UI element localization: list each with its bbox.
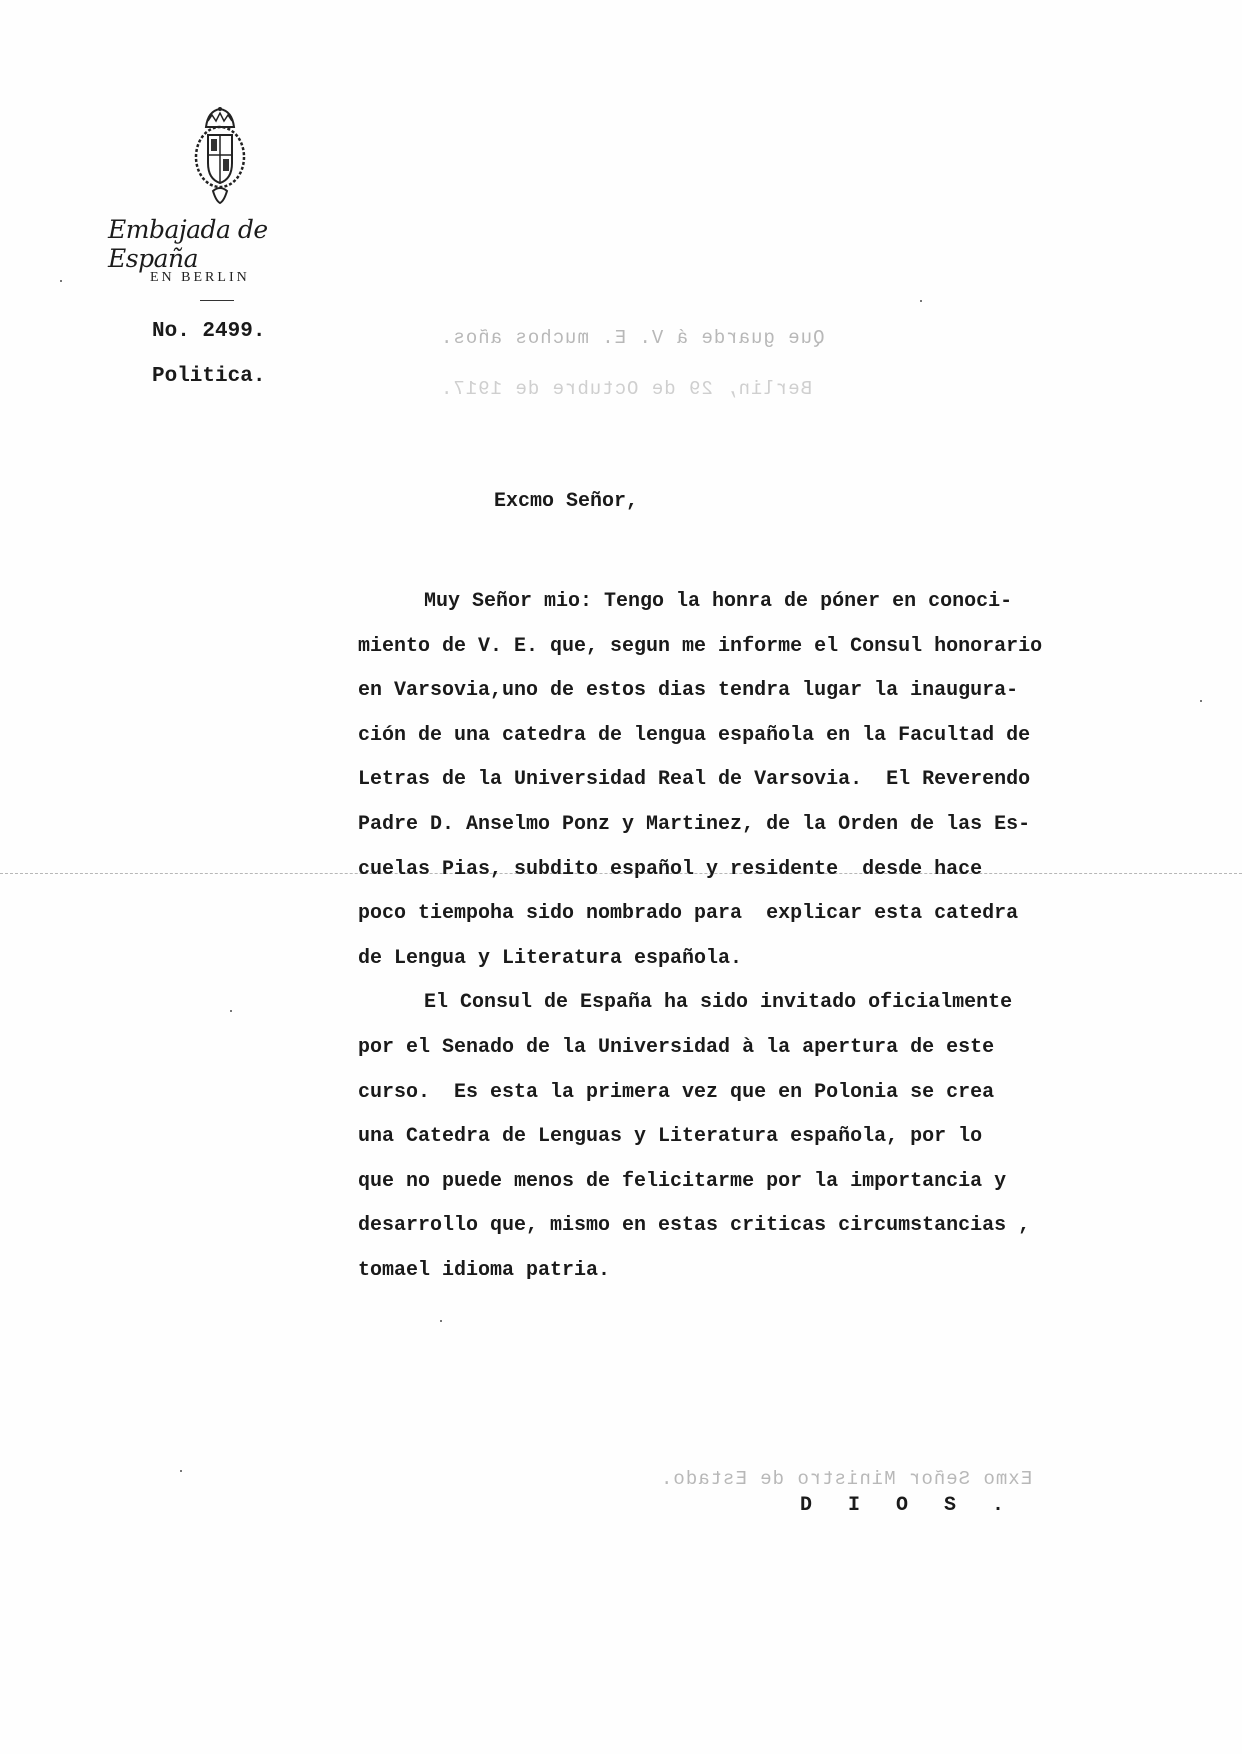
paragraph-2: El Consul de España ha sido invitado ofi…	[358, 981, 1138, 1293]
text-line: ción de una catedra de lengua española e…	[358, 714, 1138, 759]
letter-body: Muy Señor mio: Tengo la honra de póner e…	[358, 580, 1138, 1294]
speck	[440, 1320, 442, 1322]
text-line: desarrollo que, mismo en estas criticas …	[358, 1204, 1138, 1249]
embassy-name: Embajada de España	[108, 215, 338, 273]
document-number: No. 2499.	[152, 320, 265, 343]
speck	[180, 1470, 182, 1472]
text-line: de Lengua y Literatura española.	[358, 937, 1138, 982]
document-category: Politica.	[152, 365, 265, 388]
text-line: cuelas Pias, subdito español y residente…	[358, 848, 1138, 893]
letterhead-divider	[200, 300, 234, 301]
bleed-through-text: Berlin, 29 de Octubre de 1917.	[440, 378, 812, 400]
text-line: Muy Señor mio: Tengo la honra de póner e…	[358, 580, 1138, 625]
letter-page: Embajada de España EN BERLIN No. 2499. P…	[0, 0, 1242, 1754]
text-line: curso. Es esta la primera vez que en Pol…	[358, 1071, 1138, 1116]
coat-of-arms-icon	[190, 105, 250, 215]
speck	[230, 1010, 232, 1012]
speck	[920, 300, 922, 302]
speck	[60, 280, 62, 282]
salutation: Excmo Señor,	[494, 490, 638, 513]
paragraph-1: Muy Señor mio: Tengo la honra de póner e…	[358, 580, 1138, 981]
text-line: Letras de la Universidad Real de Varsovi…	[358, 758, 1138, 803]
text-line: en Varsovia,uno de estos dias tendra lug…	[358, 669, 1138, 714]
bleed-through-text: Exmo Señor Ministro de Estado.	[660, 1468, 1032, 1490]
text-line: poco tiempoha sido nombrado para explica…	[358, 892, 1138, 937]
bleed-through-text: Que guarde á V. E. muchos años.	[440, 327, 824, 349]
text-line: miento de V. E. que, segun me informe el…	[358, 625, 1138, 670]
text-line: una Catedra de Lenguas y Literatura espa…	[358, 1115, 1138, 1160]
embassy-location: EN BERLIN	[150, 270, 250, 286]
speck	[1200, 700, 1202, 702]
text-line: que no puede menos de felicitarme por la…	[358, 1160, 1138, 1205]
text-line: Padre D. Anselmo Ponz y Martinez, de la …	[358, 803, 1138, 848]
text-line: por el Senado de la Universidad à la ape…	[358, 1026, 1138, 1071]
text-line: tomael idioma patria.	[358, 1249, 1138, 1294]
closing: D I O S .	[800, 1494, 1016, 1517]
text-line: El Consul de España ha sido invitado ofi…	[358, 981, 1138, 1026]
